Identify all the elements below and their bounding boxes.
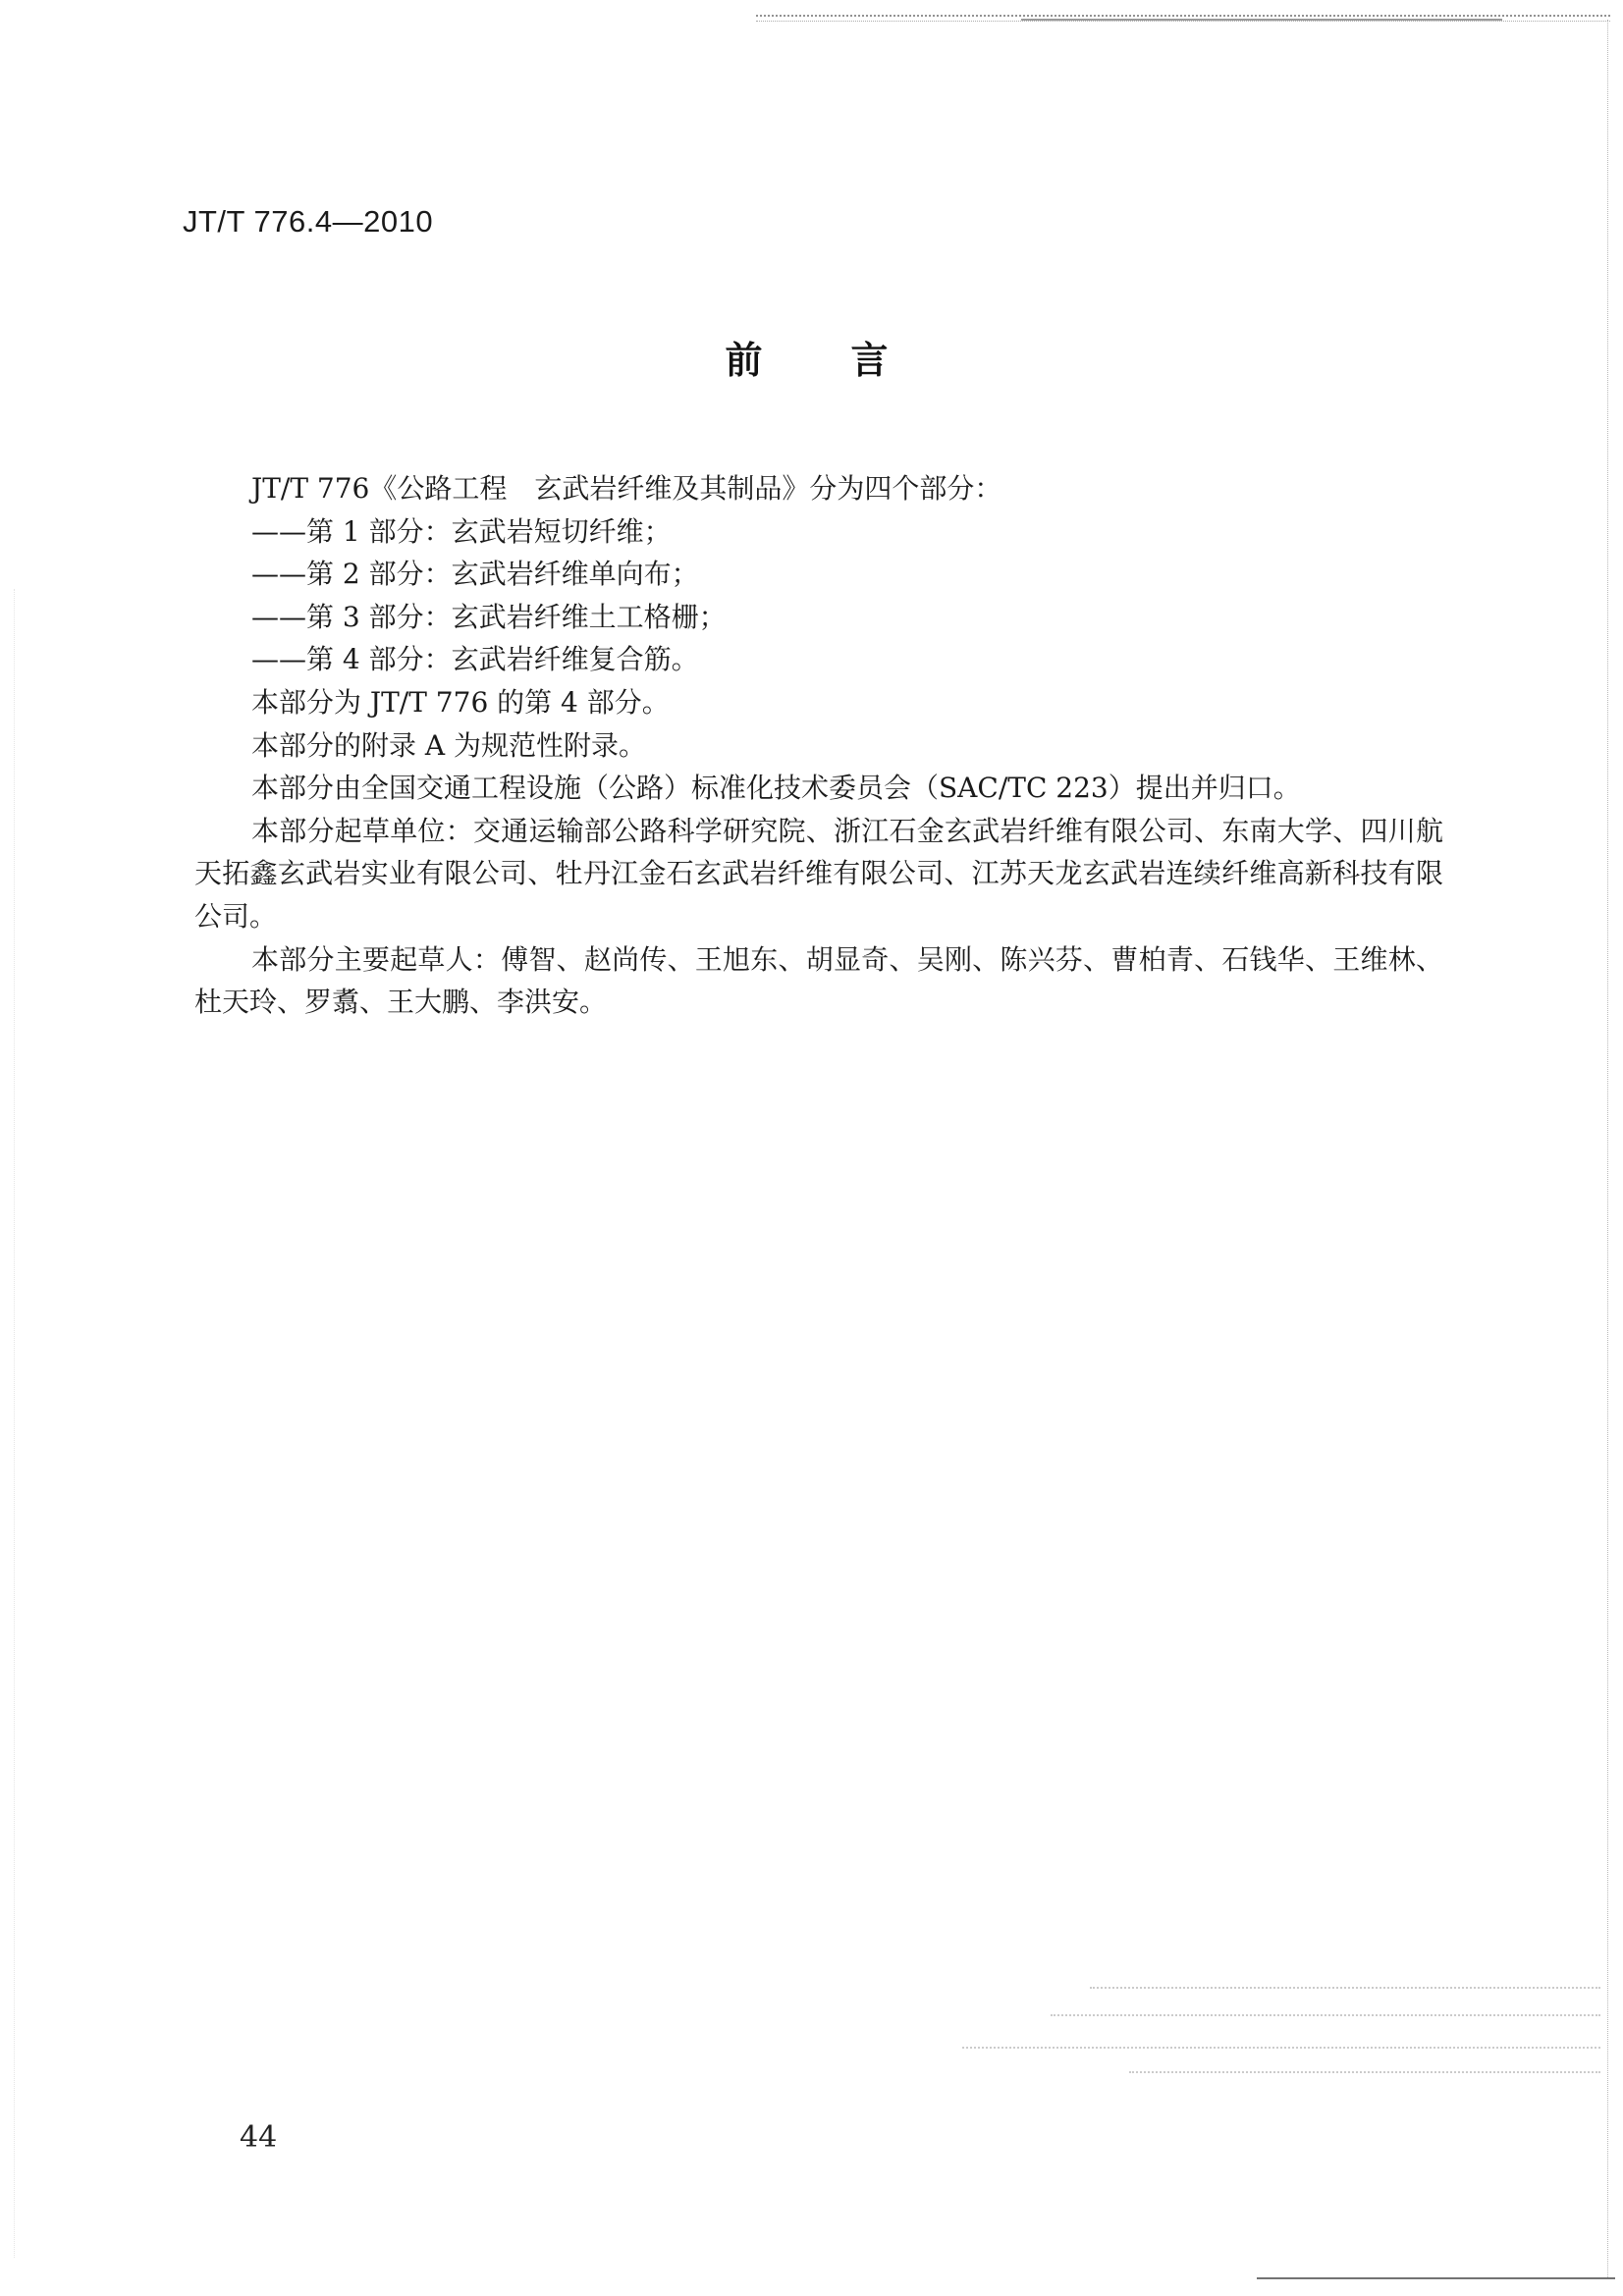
- intro-paragraph: JT/T 776《公路工程 玄武岩纤维及其制品》分为四个部分：: [194, 467, 1443, 510]
- part-statement-paragraph: 本部分为 JT/T 776 的第 4 部分。: [194, 681, 1443, 724]
- foreword-body: JT/T 776《公路工程 玄武岩纤维及其制品》分为四个部分： ——第 1 部分…: [194, 467, 1443, 1024]
- committee-paragraph: 本部分由全国交通工程设施（公路）标准化技术委员会（SAC/TC 223）提出并归…: [194, 767, 1443, 810]
- scan-artifact-bottom-edge: [1257, 2277, 1615, 2279]
- part-list-item: ——第 3 部分：玄武岩纤维土工格栅；: [194, 596, 1443, 639]
- page-title: 前言: [0, 330, 1623, 384]
- standard-code-header: JT/T 776.4—2010: [183, 204, 433, 240]
- part-list-item: ——第 4 部分：玄武岩纤维复合筋。: [194, 638, 1443, 681]
- scan-artifact-top-line: [1021, 19, 1502, 21]
- scan-artifact-left-edge: [14, 589, 15, 2258]
- part-list-item: ——第 1 部分：玄武岩短切纤维；: [194, 510, 1443, 554]
- drafting-units-paragraph: 本部分起草单位：交通运输部公路科学研究院、浙江石金玄武岩纤维有限公司、东南大学、…: [194, 810, 1443, 938]
- drafters-paragraph: 本部分主要起草人：傅智、赵尚传、王旭东、胡显奇、吴刚、陈兴芬、曹柏青、石钱华、王…: [194, 938, 1443, 1024]
- document-page: JT/T 776.4—2010 前言 JT/T 776《公路工程 玄武岩纤维及其…: [0, 0, 1623, 2296]
- scan-artifact-dots: [1129, 2071, 1600, 2073]
- scan-artifact-dots: [1051, 2014, 1600, 2016]
- scan-artifact-dots: [962, 2047, 1600, 2049]
- page-number: 44: [240, 2120, 277, 2155]
- part-list-item: ——第 2 部分：玄武岩纤维单向布；: [194, 553, 1443, 596]
- appendix-paragraph: 本部分的附录 A 为规范性附录。: [194, 724, 1443, 768]
- scan-artifact-dots: [1090, 1987, 1600, 1989]
